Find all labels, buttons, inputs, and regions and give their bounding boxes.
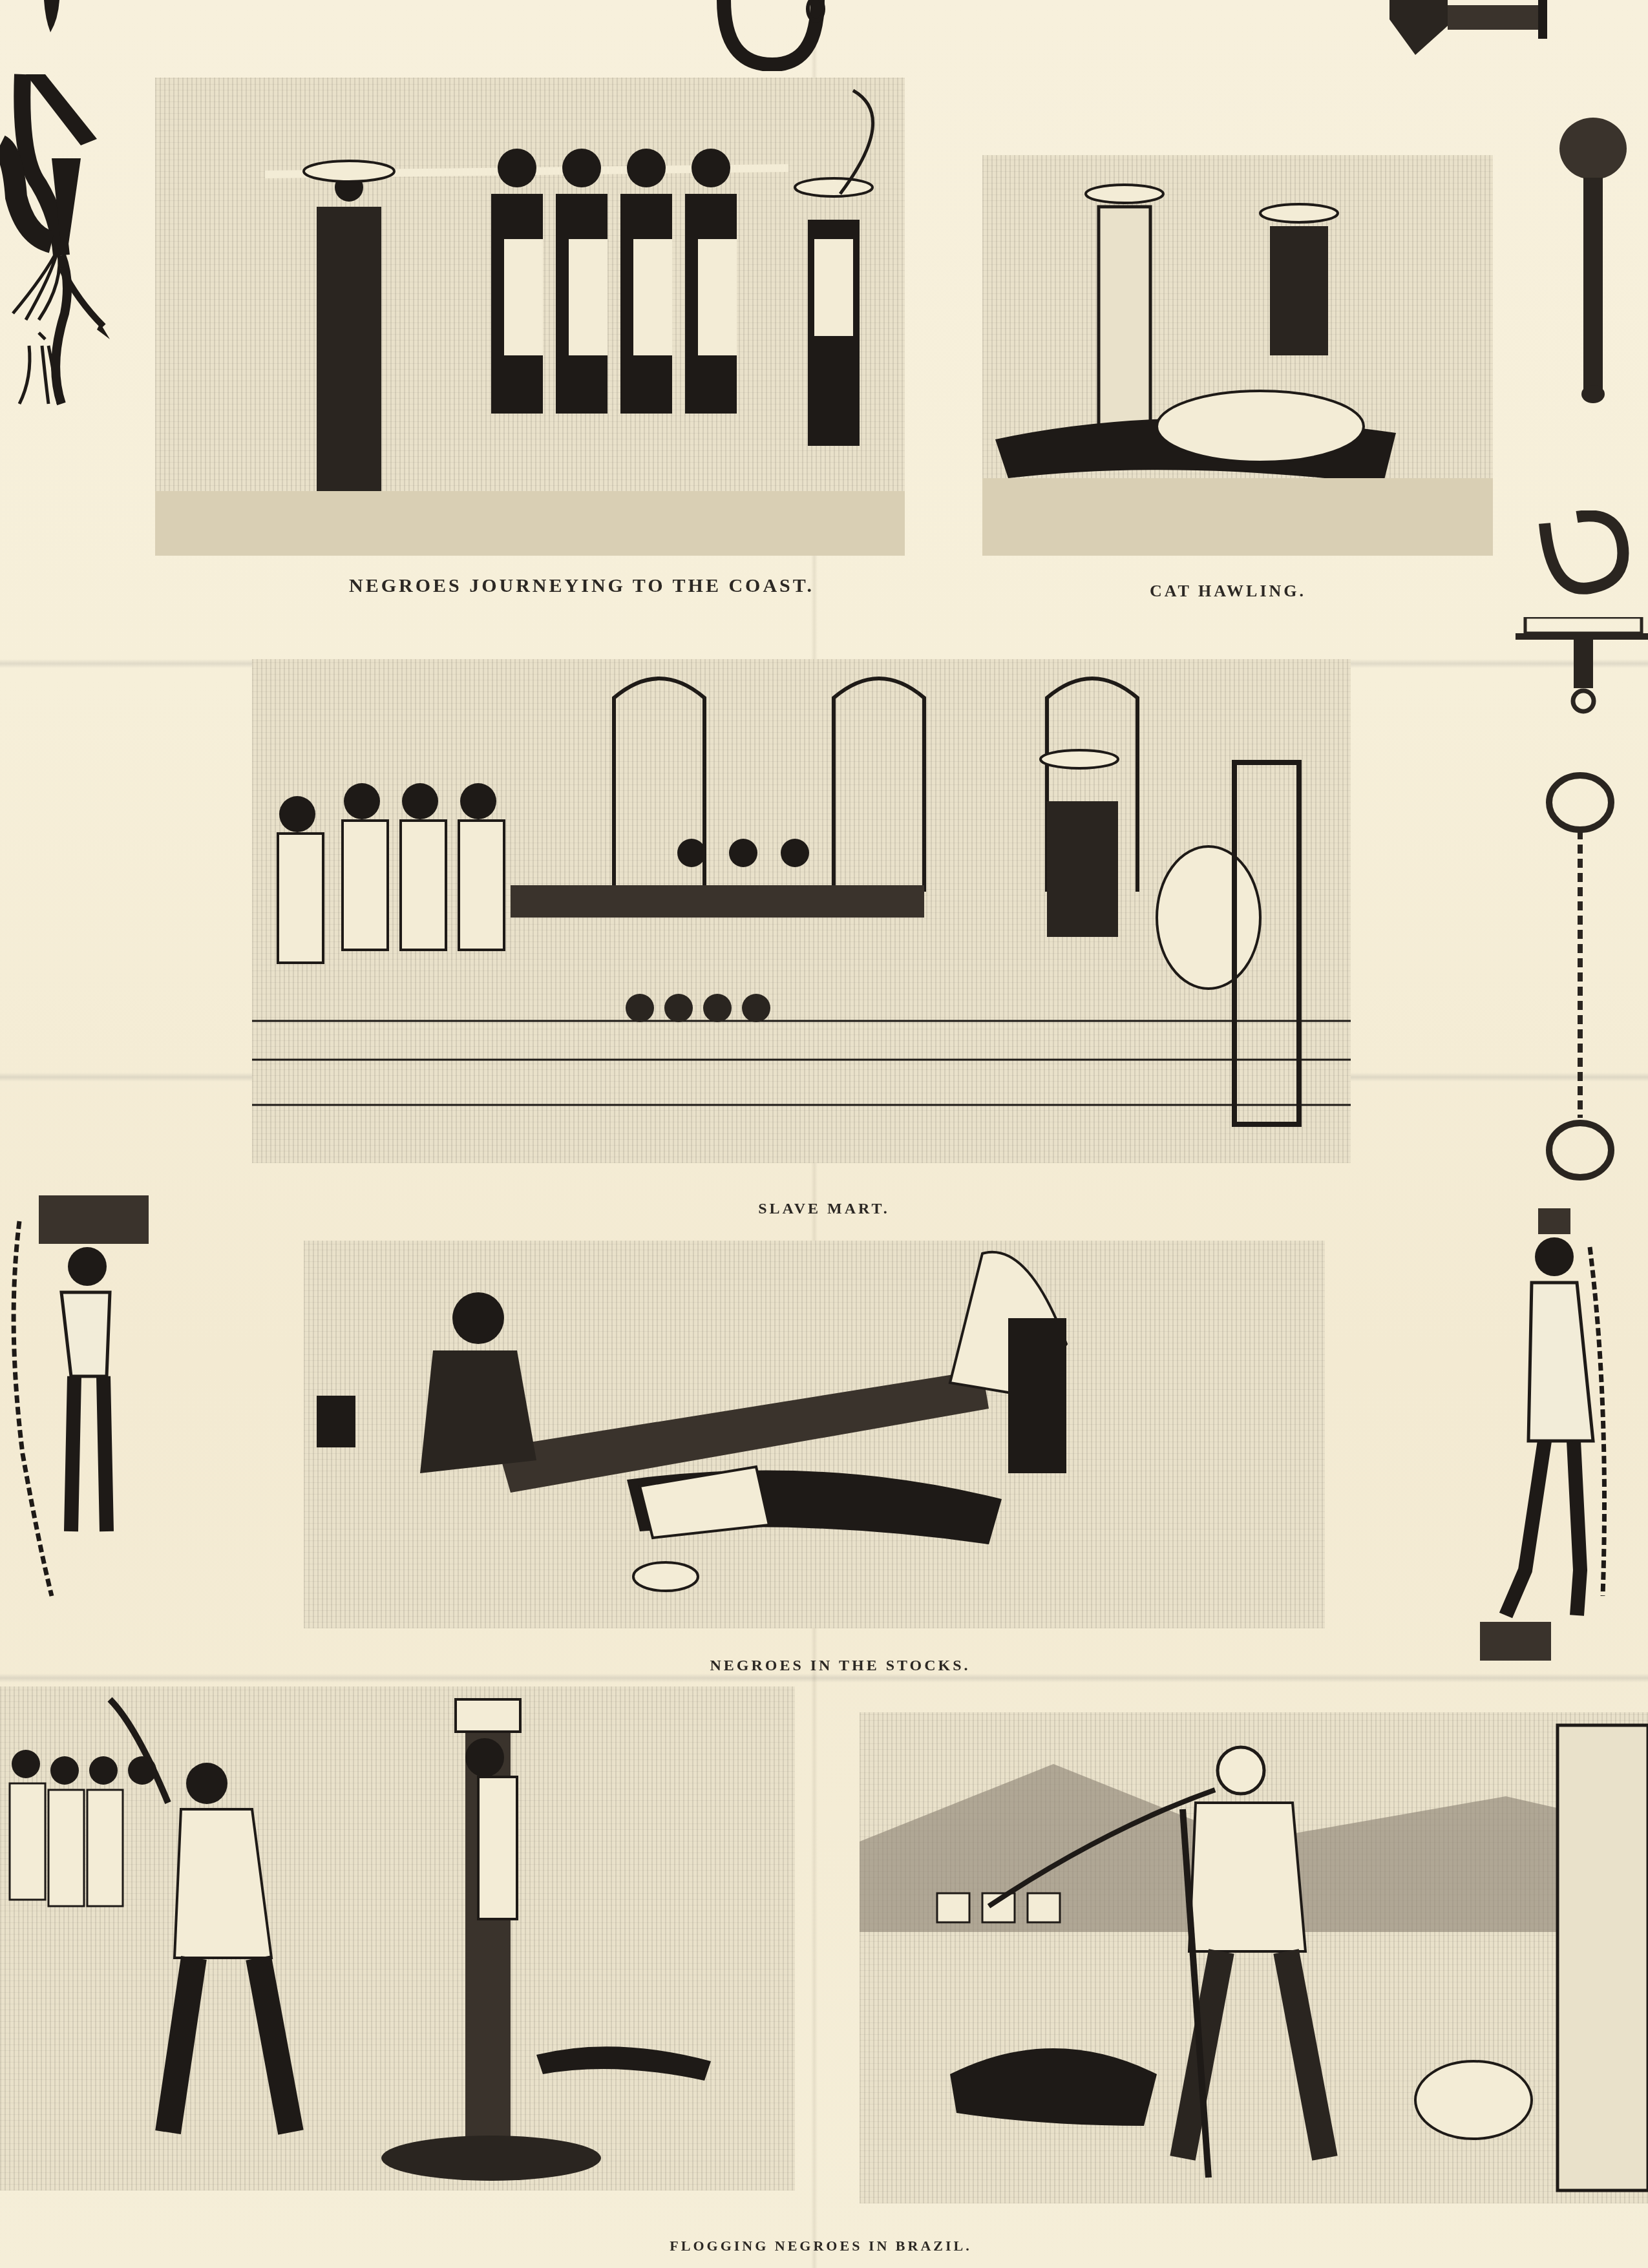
- caption-flogging-negroes-in-brazil: FLOGGING NEGROES IN BRAZIL.: [646, 2238, 995, 2254]
- woman-carrying-weight-in-chains-figure: [1467, 1208, 1635, 1686]
- whip-tip-icon: [19, 0, 97, 36]
- illustration-slave-mart: [252, 659, 1351, 1163]
- caption-cat-hawling: CAT HAWLING.: [1131, 582, 1325, 601]
- thumbscrew-icon: [1516, 617, 1648, 720]
- caption-negroes-in-the-stocks: NEGROES IN THE STOCKS.: [679, 1657, 1002, 1675]
- paddle-icon: [1558, 110, 1629, 446]
- illustration-negroes-in-the-stocks: [304, 1241, 1325, 1628]
- leg-shackles-icon: [1538, 769, 1629, 1182]
- branding-iron-icon: [1383, 0, 1642, 58]
- paper-fold-line: [0, 1674, 1648, 1683]
- illustration-cat-hawling: [982, 155, 1493, 556]
- illustration-flogging-right-panel: [860, 1712, 1648, 2203]
- illustration-negroes-journeying-to-the-coast: [155, 78, 905, 556]
- caption-journeying: NEGROES JOURNEYING TO THE COAST.: [349, 575, 763, 597]
- iron-hook-icon: [1538, 510, 1635, 601]
- illustration-flogging-left-panel: [0, 1686, 795, 2190]
- caption-slave-mart: SLAVE MART.: [743, 1201, 905, 1218]
- man-carrying-block-in-chains-figure: [0, 1195, 155, 1661]
- whips-and-lashes-icon: [0, 68, 142, 1089]
- iron-collar-icon: [711, 0, 834, 71]
